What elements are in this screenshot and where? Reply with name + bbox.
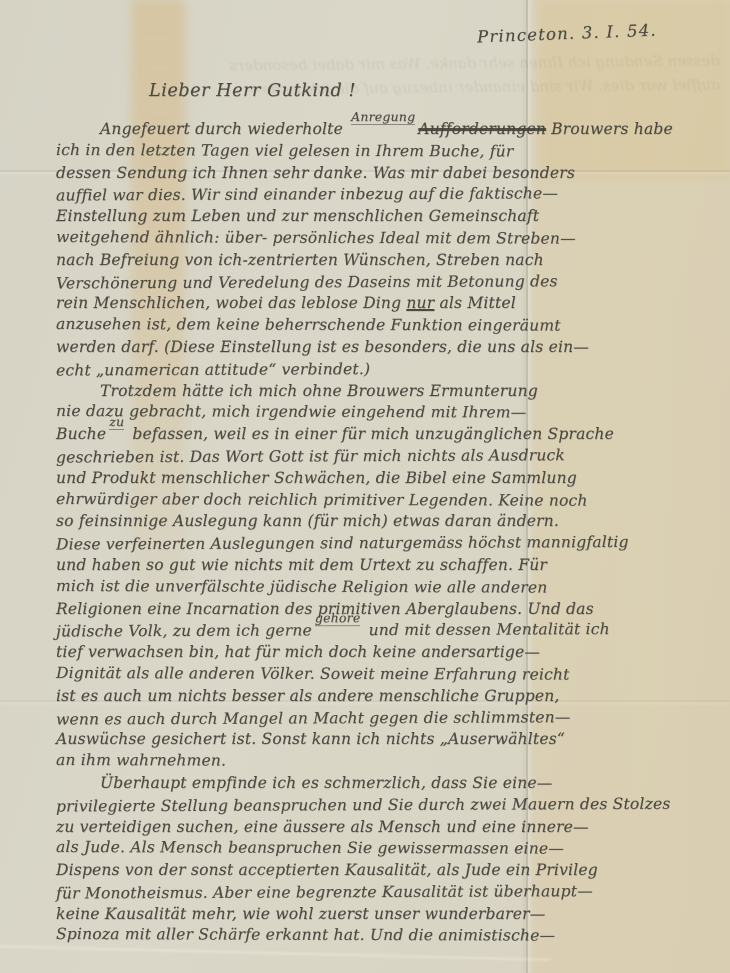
inserted-word: gehöre [315,610,361,626]
line-text: nie dazu gebracht, mich irgendwie eingeh… [56,402,526,421]
letter-line: nie dazu gebracht, mich irgendwie eingeh… [56,401,716,425]
struck-word: Aufforderungen [418,120,546,138]
line-text: Spinoza mit aller Schärfe erkannt hat. U… [56,925,555,945]
line-text: Diese verfeinerten Auslegungen sind natu… [56,533,629,553]
line-text: Brouwers habe [546,120,673,138]
line-text: und mit dessen Mentalität ich [363,620,609,639]
line-text: Einstellung zum Leben und zur menschlich… [56,207,539,225]
fold-crease-diagonal [0,945,550,961]
line-text: Dignität als alle anderen Völker. Soweit… [56,664,570,684]
inserted-word: Anregung [351,109,415,125]
line-text: Verschönerung und Veredelung des Daseins… [56,272,558,292]
line-text: wenn es auch durch Mangel an Macht gegen… [56,708,571,728]
letter-line: Dignität als alle anderen Völker. Soweit… [56,663,716,687]
letter-salutation: Lieber Herr Gutkind ! [149,81,356,101]
line-text: ich in den letzten Tagen viel gelesen in… [56,141,514,160]
letter-line: dessen Sendung ich Ihnen sehr danke. Was… [56,163,716,185]
line-text: Buche [56,425,106,443]
line-text: jüdische Volk, zu dem ich gerne [56,622,312,641]
letter-line: Überhaupt empfinde ich es schmerzlich, d… [56,773,716,795]
line-text: tief verwachsen bin, hat für mich doch k… [56,643,540,661]
letter-line: geschrieben ist. Das Wort Gott ist für m… [56,445,716,470]
letter-line: an ihm wahrnehmen. [56,750,716,774]
line-text: so feinsinnige Auslegung kann (für mich)… [56,512,559,530]
line-text: rein Menschlichen, wobei das leblose Din… [56,294,406,312]
letter-page: dessen Sendung ich Ihnen sehr danke. Was… [0,0,730,973]
line-text: auffiel war dies. Wir sind einander inbe… [56,185,558,205]
letter-line: ehrwürdiger aber doch reichlich primitiv… [56,489,716,513]
letter-line: jüdische Volk, zu dem ich gernegehöre un… [56,619,716,644]
line-text: Auswüchse gesichert ist. Sonst kann ich … [56,730,565,748]
letter-line: tief verwachsen bin, hat für mich doch k… [56,642,716,664]
letter-line: als Jude. Als Mensch beanspruchen Sie ge… [56,837,716,861]
letter-line: nach Befreiung von ich-zentrierten Wünsc… [56,250,716,272]
line-text: ist es auch um nichts besser als andere … [56,687,560,705]
line-text: geschrieben ist. Das Wort Gott ist für m… [56,446,565,466]
letter-line: privilegierte Stellung beanspruchen und … [56,793,716,818]
letter-line: und haben so gut wie nichts mit dem Urte… [56,555,716,577]
letter-line: Auswüchse gesichert ist. Sonst kann ich … [56,729,716,751]
letter-line: Trotzdem hätte ich mich ohne Brouwers Er… [56,381,716,403]
line-text: zu verteidigen suchen, eine äussere als … [56,818,589,836]
line-text: mich ist die unverfälschte jüdische Reli… [56,577,547,597]
letter-line: für Monotheismus. Aber eine begrenzte Ka… [56,880,716,905]
letter-line: Verschönerung und Veredelung des Daseins… [56,270,716,295]
letter-line: Spinoza mit aller Schärfe erkannt hat. U… [56,924,716,948]
letter-line: werden darf. (Diese Einstellung ist es b… [56,337,716,359]
line-text: ehrwürdiger aber doch reichlich primitiv… [56,490,588,510]
letter-line: Angefeuert durch wiederholte AnregungAuf… [56,119,716,141]
letter-line: zu verteidigen suchen, eine äussere als … [56,817,716,839]
inserted-word: zu [109,414,124,430]
line-text: Trotzdem hätte ich mich ohne Brouwers Er… [100,382,538,400]
line-text: Überhaupt empfinde ich es schmerzlich, d… [100,774,553,792]
letter-line: weitgehend ähnlich: über- persönliches I… [56,227,716,251]
letter-line: und Produkt menschlicher Schwächen, die … [56,468,716,490]
letter-line: auffiel war dies. Wir sind einander inbe… [56,183,716,208]
letter-line: Dispens von der sonst acceptierten Kausa… [56,860,716,882]
underlined-word: nur [406,294,434,312]
line-text: dessen Sendung ich Ihnen sehr danke. Was… [56,164,575,182]
letter-line: so feinsinnige Auslegung kann (für mich)… [56,511,716,533]
line-text: Angefeuert durch wiederholte [100,120,348,138]
letter-line: rein Menschlichen, wobei das leblose Din… [56,293,716,315]
letter-line: keine Kausalität mehr, wie wohl zuerst u… [56,904,716,926]
line-text: an ihm wahrnehmen. [56,751,226,770]
line-text: für Monotheismus. Aber eine begrenzte Ka… [56,882,593,902]
letter-body: Angefeuert durch wiederholte AnregungAuf… [56,119,716,947]
line-text: befassen, weil es in einer für mich unzu… [127,425,614,443]
letter-line: mich ist die unverfälschte jüdische Reli… [56,576,716,600]
line-text: anzusehen ist, dem keine beherrschende F… [56,315,561,335]
line-text: als Mittel [434,294,516,312]
letter-line: wenn es auch durch Mangel an Macht gegen… [56,706,716,731]
line-text: keine Kausalität mehr, wie wohl zuerst u… [56,905,545,923]
line-text: und haben so gut wie nichts mit dem Urte… [56,556,547,574]
letter-line: Buchezu befassen, weil es in einer für m… [56,424,716,446]
letter-line: Einstellung zum Leben und zur menschlich… [56,206,716,228]
line-text: nach Befreiung von ich-zentrierten Wünsc… [56,251,544,269]
letter-line: ist es auch um nichts besser als andere … [56,686,716,708]
letter-line: Diese verfeinerten Auslegungen sind natu… [56,532,716,557]
letter-line: anzusehen ist, dem keine beherrschende F… [56,314,716,338]
line-text: weitgehend ähnlich: über- persönliches I… [56,228,576,248]
line-text: Dispens von der sonst acceptierten Kausa… [56,861,598,879]
letter-line: ich in den letzten Tagen viel gelesen in… [56,140,716,164]
line-text: als Jude. Als Mensch beanspruchen Sie ge… [56,838,564,858]
line-text: werden darf. (Diese Einstellung ist es b… [56,338,589,356]
line-text: und Produkt menschlicher Schwächen, die … [56,469,577,487]
letter-line: echt „unamerican attitude“ verbindet.) [56,357,716,382]
line-text: echt „unamerican attitude“ verbindet.) [56,360,370,379]
letter-line: Religionen eine Incarnation des primitiv… [56,599,716,621]
line-text: privilegierte Stellung beanspruchen und … [56,794,671,815]
